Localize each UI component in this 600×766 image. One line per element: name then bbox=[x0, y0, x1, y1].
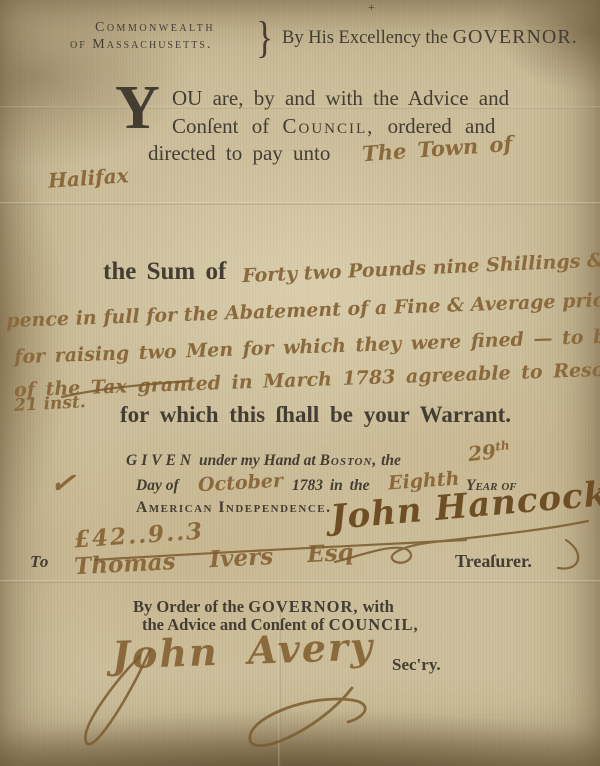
payee-name-script: Halifax bbox=[47, 163, 129, 193]
plus-mark: + bbox=[368, 0, 375, 15]
given-line: Given under my Hand at Boston, the bbox=[126, 452, 401, 470]
order-line1-pre: By Order of the bbox=[133, 597, 248, 616]
day-of-label: Day of bbox=[136, 477, 179, 494]
date-line: Day of bbox=[136, 477, 179, 495]
body-line1: OU are, by and with the Advice and bbox=[172, 86, 509, 111]
check-mark: ✓ bbox=[48, 465, 77, 502]
day-suffix: th bbox=[495, 438, 511, 453]
body-line3: directed to pay unto bbox=[148, 141, 330, 166]
day-number: 29 bbox=[467, 439, 497, 466]
order-line1: By Order of the GOVERNOR, with bbox=[133, 597, 394, 617]
independence-line: American Independence. bbox=[136, 499, 331, 517]
body-line2-pre: Conſent of bbox=[172, 114, 283, 138]
excellency-title-pre: By His Excellency the bbox=[282, 28, 453, 48]
given-under: under my Hand at bbox=[195, 452, 319, 469]
given-word: Given bbox=[126, 452, 195, 469]
order-line1-governor: GOVERNOR, bbox=[248, 597, 358, 616]
secretary-signature: John Avery bbox=[111, 623, 375, 677]
sum-script-line1: Forty two Pounds nine Shillings &three bbox=[242, 247, 600, 287]
year-mid: 1783 in the bbox=[292, 477, 369, 495]
secretary-title: Sec'ry. bbox=[392, 655, 441, 675]
day-number-script: 29th bbox=[467, 438, 511, 466]
commonwealth-line: Commonwealth bbox=[95, 20, 215, 36]
dropcap-Y: Y bbox=[115, 82, 160, 135]
month-script: October bbox=[197, 470, 283, 496]
excellency-title: By His Excellency the GOVERNOR. bbox=[282, 26, 578, 49]
hancock-k-descender bbox=[558, 540, 578, 569]
body-line2-council: Council, bbox=[283, 114, 375, 138]
order-line1-post: with bbox=[358, 597, 393, 616]
warrant-document: + Commonwealth of Massachusetts. } By Hi… bbox=[0, 0, 600, 766]
sum-script-line2: pence in full for the Abatement of a Fin… bbox=[6, 286, 600, 332]
given-the: the bbox=[377, 452, 401, 469]
treasurer-label: Treaſurer. bbox=[455, 551, 532, 572]
excellency-title-governor: GOVERNOR. bbox=[453, 26, 578, 48]
warrant-line: for which this ſhall be your Warrant. bbox=[120, 402, 511, 428]
massachusetts-line: of Massachusetts. bbox=[70, 37, 212, 53]
brace-glyph: } bbox=[256, 12, 273, 63]
fold-crease-upper bbox=[0, 202, 600, 205]
given-boston: Boston, bbox=[320, 452, 378, 469]
to-label: To bbox=[30, 552, 49, 572]
fold-crease-lower bbox=[0, 580, 600, 583]
sum-script-line5: 21 inst. bbox=[14, 392, 87, 416]
avery-tail-loop bbox=[250, 688, 365, 746]
sum-label: the Sum of bbox=[103, 258, 226, 286]
